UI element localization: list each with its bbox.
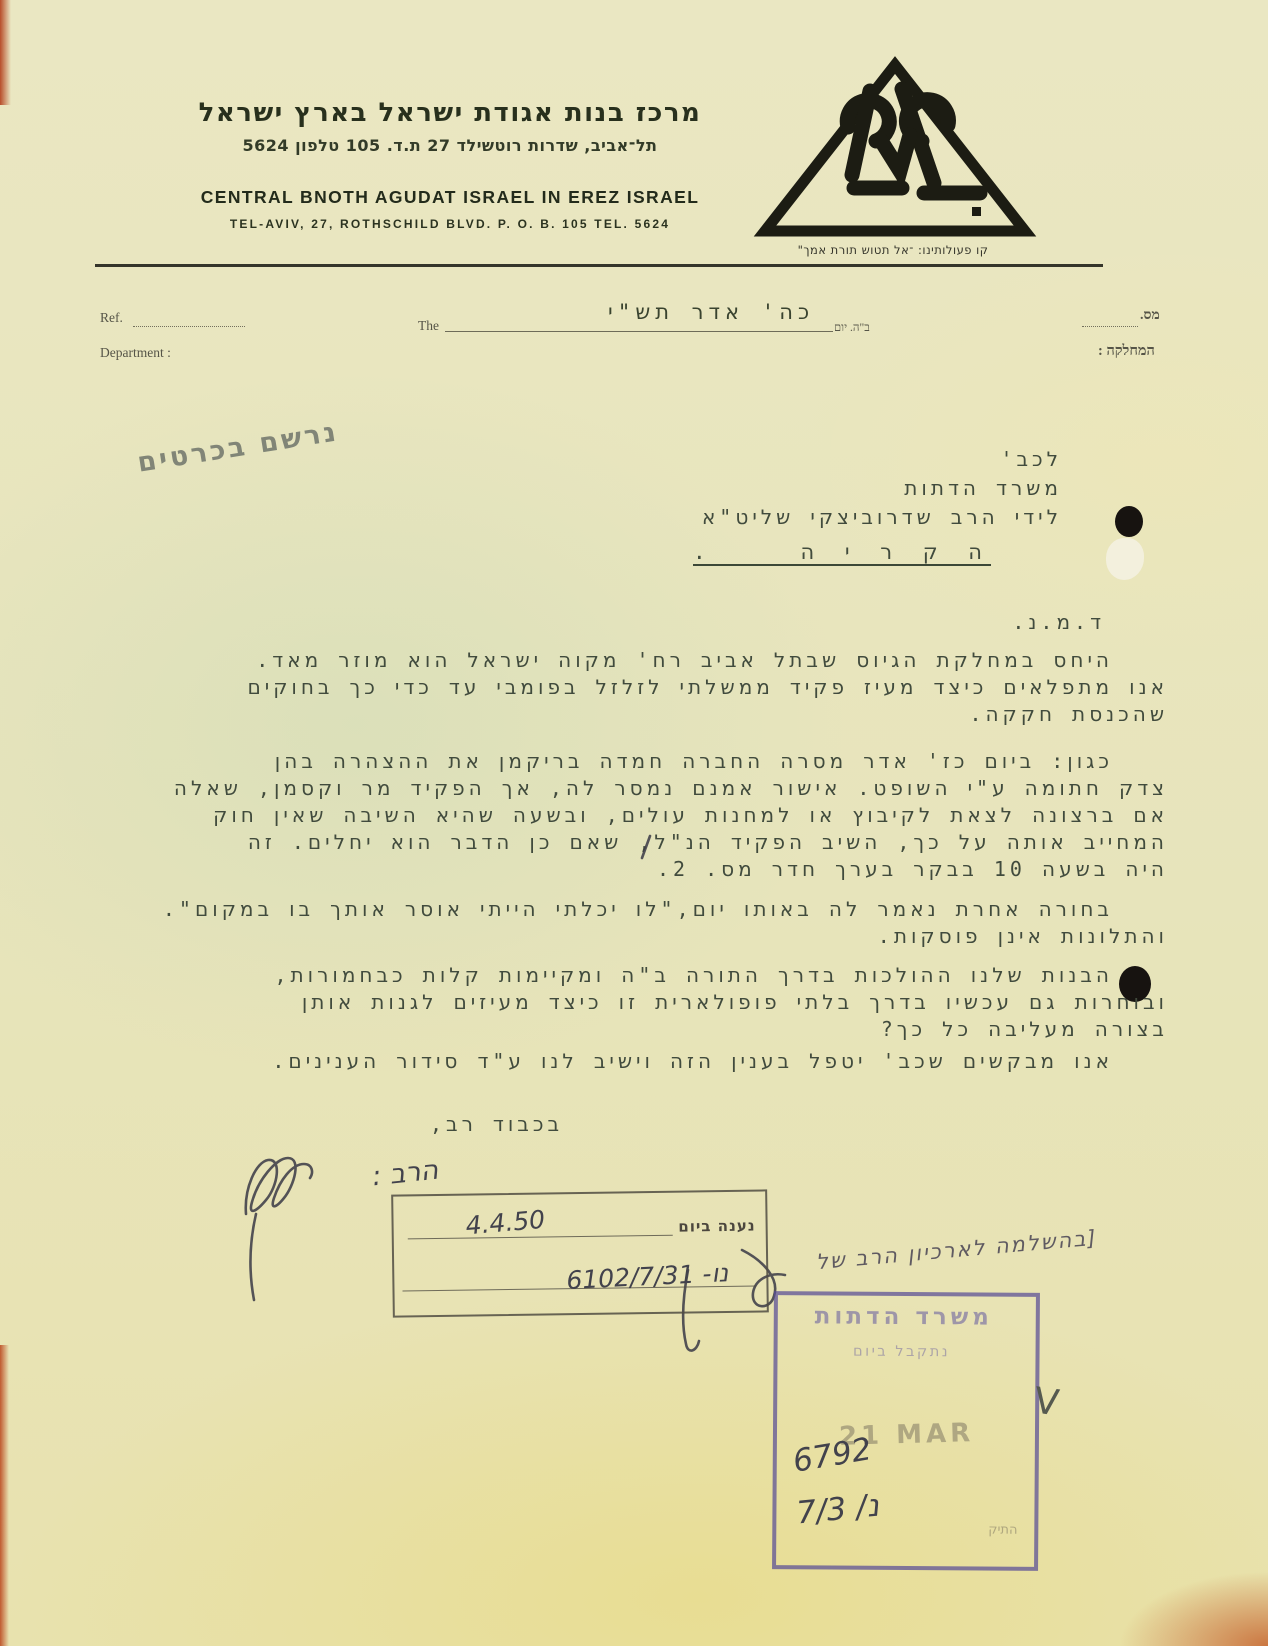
scan-edge-bottom-left <box>0 1345 9 1646</box>
letterhead-address-hebrew: תל־אביב, שדרות רוטשילד 27 ת.ד. 105 טלפון… <box>190 136 710 155</box>
the-label: The <box>418 318 439 334</box>
paragraph-2: כגון: ביום כז' אדר מסרה החברה חמדה בריקמ… <box>93 748 1168 883</box>
bh-day-label: ב"ה. יום <box>834 322 870 334</box>
body-line: אם ברצונה לצאת לקיבוץ או למחנות עולים, ו… <box>93 802 1168 829</box>
scanned-letter-page: { "letterhead": { "org_he": "מרכז בנות א… <box>0 0 1268 1646</box>
response-stamp-box: נענה ביום 4.4.50 נו- 6102/7/31 <box>391 1189 769 1317</box>
body-line: אנו מתפלאים כיצד מעיז פקיד ממשלתי לזלזל … <box>93 674 1168 701</box>
body-line: כגון: ביום כז' אדר מסרה החברה חמדה בריקמ… <box>93 748 1168 775</box>
scan-edge-bottom-right <box>1118 1571 1268 1646</box>
body-line: צדק חתומה ע"י השופט. אישור אמנם נמסר לה,… <box>93 775 1168 802</box>
margin-note-handwritten: [בהשלמה לארכיון הרב של <box>768 1226 1099 1279</box>
paragraph-1: היחס במחלקת הגיוס שבתל אביב רח' מקוה ישר… <box>93 647 1168 728</box>
recipient-city-period: . <box>693 540 710 564</box>
ref-label: Ref. <box>100 310 123 326</box>
body-line: ובוחרות גם עכשיו בדרך בלתי פופולארית זו … <box>93 989 1168 1016</box>
answered-date-handwritten: 4.4.50 <box>464 1205 546 1241</box>
body-line: המחייב אותה על כך, השיב הפקיד הנ"ל, שאם … <box>93 829 1168 856</box>
paragraph-3: בחורה אחרת נאמר לה באותו יום,"לו יכלתי ה… <box>93 896 1168 950</box>
recipient-city-line: ה ק ר י ה . <box>693 534 991 566</box>
reference-number-handwritten: נו- 6102/7/31 <box>566 1258 729 1295</box>
signature-text: הרב : <box>371 1155 440 1193</box>
paragraph-5: אנו מבקשים שכב' יטפל בענין הזה וישיב לנו… <box>93 1048 1168 1075</box>
body-line: שהכנסת חקקה. <box>93 701 1168 728</box>
number-label: מס. <box>1140 308 1160 324</box>
recipient-line-2: משרד הדתות <box>904 476 1062 500</box>
letterhead-divider-rule <box>95 264 1103 267</box>
body-line: והתלונות אינן פוסקות. <box>93 923 1168 950</box>
body-line: היחס במחלקת הגיוס שבתל אביב רח' מקוה ישר… <box>93 647 1168 674</box>
body-line: בחורה אחרת נאמר לה באותו יום,"לו יכלתי ה… <box>93 896 1168 923</box>
stamp-file-handwritten: 7/3 /נ <box>795 1488 881 1532</box>
body-line: היה בשעה 10 בבקר בערך חדר מס. 2. <box>93 856 1168 883</box>
answered-on-line: 4.4.50 <box>408 1217 673 1240</box>
organization-logo <box>752 55 1037 240</box>
closing: בכבוד רב, <box>430 1112 563 1136</box>
date-line <box>445 331 833 332</box>
punch-hole-top <box>1115 506 1143 537</box>
stamp-number-handwritten: 6792 <box>790 1431 874 1480</box>
ministry-stamp-title: משרד הדתות <box>778 1303 1030 1331</box>
recipient-line-3: לידי הרב שדרוביצקי שליט"א <box>702 505 1062 529</box>
recipient-line-1: לכב' <box>1000 447 1062 471</box>
date-value: כה' אדר תש"י <box>608 300 814 324</box>
department-label-he: המחלקה : <box>1098 343 1155 360</box>
letterhead-org-english: CENTRAL BNOTH AGUDAT ISRAEL IN EREZ ISRA… <box>190 187 710 208</box>
logo-motto: קו פעולותינו: ־אל תטוש תורת אמך" <box>748 243 1038 257</box>
letterhead-org-hebrew: מרכז בנות אגודת ישראל בארץ ישראל <box>190 98 710 128</box>
card-index-stamp: נרשם בכרטים <box>97 410 378 484</box>
body-line: אנו מבקשים שכב' יטפל בענין הזה וישיב לנו… <box>93 1048 1168 1075</box>
paragraph-4: הבנות שלנו ההולכות בדרך התורה ב"ה ומקיימ… <box>93 962 1168 1043</box>
scan-edge-top-left <box>0 0 11 105</box>
checkmark-annotation: V <box>1031 1380 1061 1424</box>
logo-triangle-monogram-icon <box>752 55 1037 240</box>
ministry-stamp-box: משרד הדתות נתקבל ביום 21 MAR 6792 7/3 /נ… <box>772 1291 1040 1571</box>
received-on-label: נתקבל ביום <box>777 1343 1025 1361</box>
white-correction-spot <box>1106 538 1144 580</box>
answered-on-label: נענה ביום <box>678 1217 756 1236</box>
file-label: התיק <box>988 1523 1017 1538</box>
body-line: הבנות שלנו ההולכות בדרך התורה ב"ה ומקיימ… <box>93 962 1168 989</box>
letterhead-address-english: TEL-AVIV, 27, ROTHSCHILD BLVD. P. O. B. … <box>190 217 710 231</box>
department-label-en: Department : <box>100 345 171 361</box>
salutation: ד.מ.נ. <box>1012 610 1105 634</box>
recipient-city: ה ק ר י ה <box>801 540 991 564</box>
ref-line <box>133 312 245 327</box>
number-line <box>1082 312 1138 327</box>
body-line: בצורה מעליבה כל כך? <box>93 1016 1168 1043</box>
